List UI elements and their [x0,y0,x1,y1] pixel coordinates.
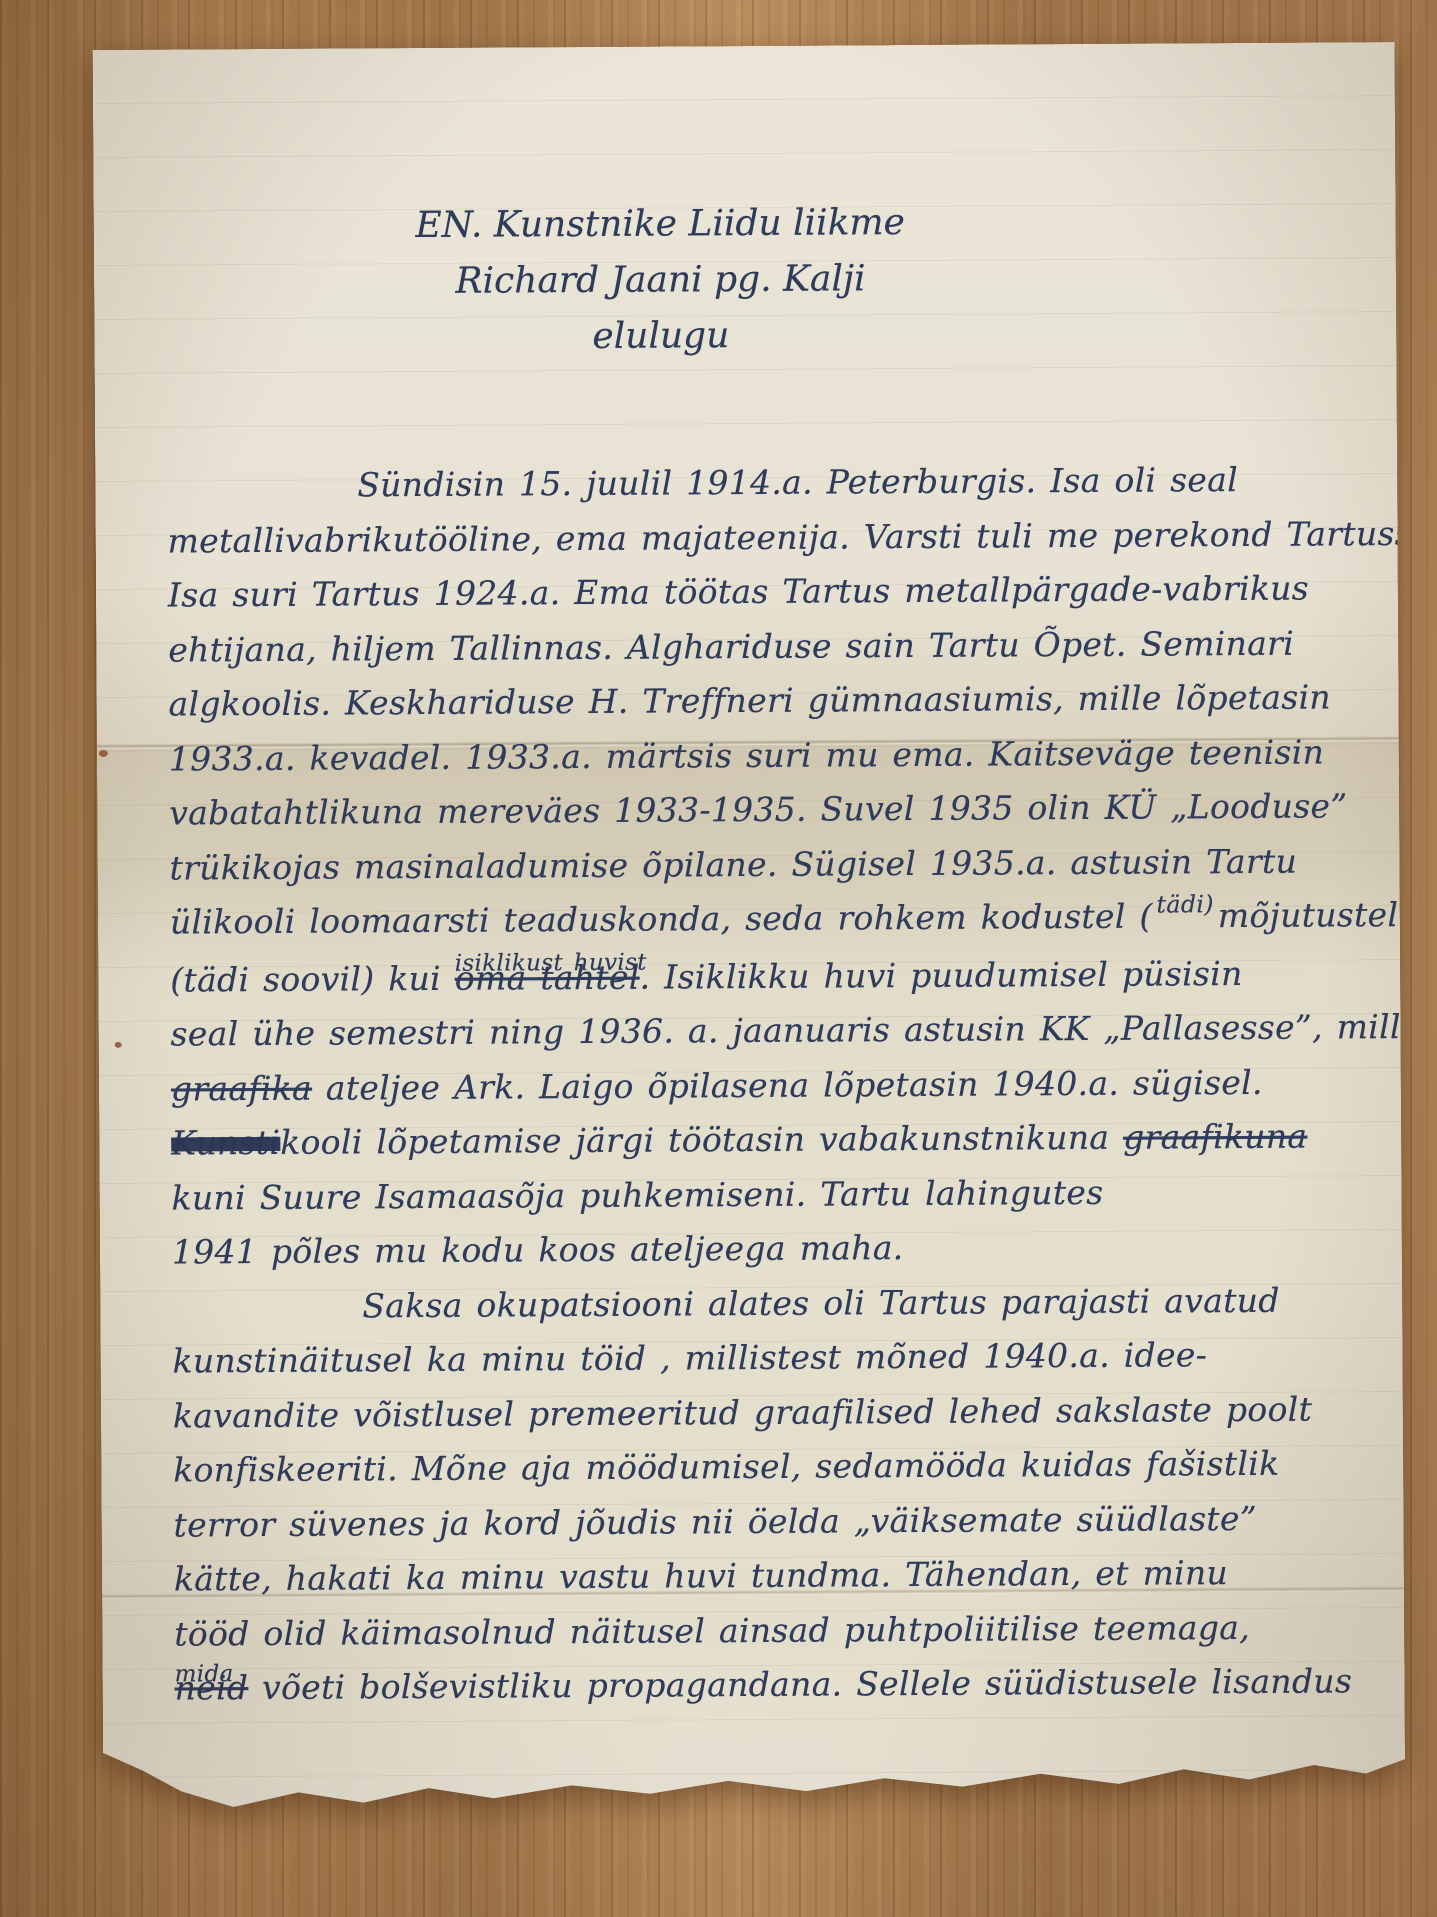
text-line: kuni Suure Isamaasõja puhkemiseni. Tartu… [171,1164,1321,1226]
text-segment: (tädi soovil) kui [170,958,455,999]
text-segment: kooli lõpetamise järgi töötasin vabakuns… [280,1118,1123,1162]
wooden-table: EN. Kunstnike Liidu liikme Richard Jaani… [0,0,1437,1917]
inserted-word: mida [174,1647,233,1702]
inserted-words: isiklikust huvist [454,936,646,992]
text-line: Kunstikooli lõpetamise järgi töötasin va… [171,1110,1321,1172]
text-line: konfiskeeriti. Mõne aja möödumisel, seda… [173,1437,1323,1499]
letter-text: EN. Kunstnike Liidu liikme Richard Jaani… [165,43,1325,1716]
paper-sheet: EN. Kunstnike Liidu liikme Richard Jaani… [93,42,1406,1822]
text-line: seal ühe semestri ning 1936. a. jaanuari… [170,1001,1320,1063]
struck-word: graafikuna [1123,1117,1307,1157]
inserted-word: tädi) [1156,890,1213,918]
text-line: algkoolis. Keskhariduse H. Treffneri güm… [168,671,1318,733]
text-segment: ülikooli loomaarsti teaduskonda, seda ro… [170,897,1153,942]
document-title: EN. Kunstnike Liidu liikme Richard Jaani… [165,44,1156,368]
text-line: ehtijana, hiljem Tallinnas. Alghariduse … [168,616,1318,678]
struck-word: graafika [171,1068,312,1108]
text-line: (tädi soovil) kui isiklikust huvistoma t… [170,946,1320,1008]
text-line: trükikojas masinaladumise õpilane. Sügis… [169,834,1319,896]
text-segment: mõjutustel [1218,895,1399,935]
text-line: Isa suri Tartus 1924.a. Ema töötas Tartu… [168,562,1318,624]
paper-blemish [99,750,108,757]
correction: isiklikust huvistoma tahtel [455,957,640,997]
text-line: Sündisin 15. juulil 1914.a. Peterburgis.… [167,453,1317,515]
text-line: kavandite võistlusel premeeritud graafil… [173,1382,1323,1444]
correction: midaneid [174,1668,248,1707]
title-line-2: Richard Jaani pg. Kalji [166,250,1155,312]
text-line: 1941 põles mu kodu koos ateljeega maha. [172,1219,1322,1281]
photo-of-handwritten-letter: { "scene": { "background": "wooden-table… [0,0,1437,1917]
title-line-1: EN. Kunstnike Liidu liikme [166,194,1155,256]
text-line: metallivabrikutööline, ema majateenija. … [167,507,1317,569]
text-line: ülikooli loomaarsti teaduskonda, seda ro… [170,889,1320,954]
text-segment: võeti bolševistliku propagandana. Sellel… [248,1661,1352,1707]
blotted-word: Kunsti [171,1123,280,1163]
text-line: terror süvenes ja kord jõudis nii öelda … [173,1491,1323,1553]
text-line: Saksa okupatsiooni alates oli Tartus par… [172,1273,1322,1335]
text-line: vabatahtlikuna mereväes 1933-1935. Suvel… [169,780,1319,842]
text-segment: . Isiklikku huvi puudumisel püsisin [639,953,1242,996]
text-line: tööd olid käimasolnud näitusel ainsad pu… [174,1600,1324,1662]
text-line: kätte, hakati ka minu vastu huvi tundma.… [174,1546,1324,1608]
paper-blemish [115,1042,122,1048]
letter-body: Sündisin 15. juulil 1914.a. Peterburgis.… [167,453,1325,1717]
text-line: midaneid võeti bolševistliku propagandan… [174,1654,1324,1716]
text-line: graafika ateljee Ark. Laigo õpilasena lõ… [171,1055,1321,1117]
text-segment: ateljee Ark. Laigo õpilasena lõpetasin 1… [312,1062,1263,1107]
text-line: kunstinäitusel ka minu töid , millistest… [172,1328,1322,1390]
title-line-3: elulugu [166,306,1155,368]
text-line: 1933.a. kevadel. 1933.a. märtsis suri mu… [169,725,1319,787]
